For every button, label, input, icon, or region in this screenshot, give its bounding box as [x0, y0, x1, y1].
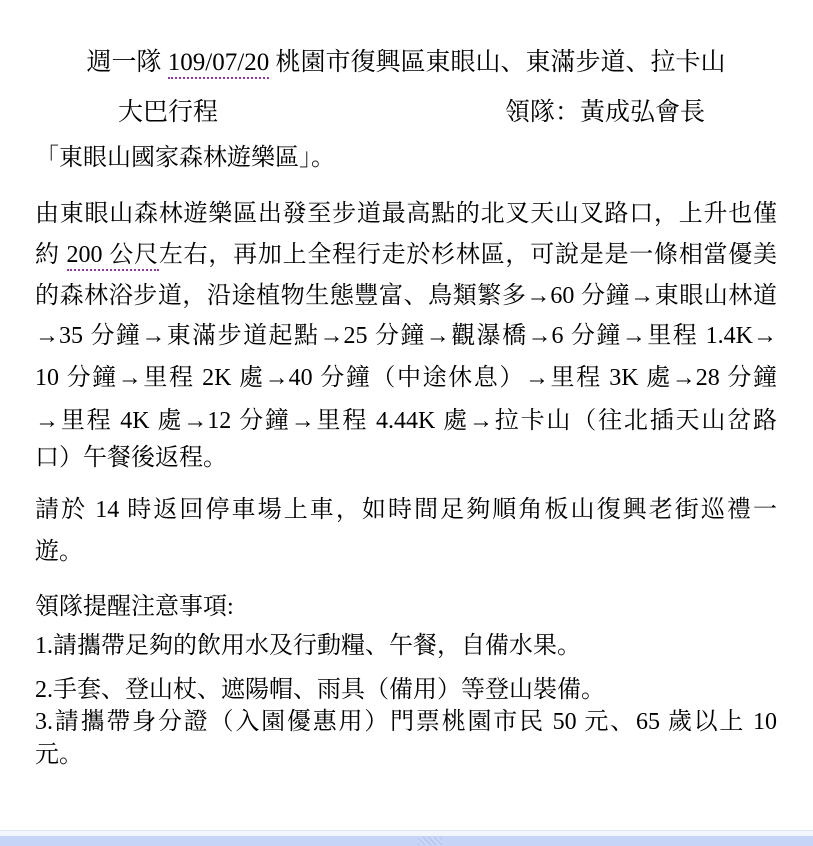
route-line-3: 的森林浴步道，沿途植物生態豐富、鳥類繁多→60 分鐘→東眼山林道 [35, 281, 777, 311]
park-name-line: 「東眼山國家森林遊樂區」。 [35, 143, 777, 173]
subtitle-row: 大巴行程 領隊：黃成弘會長 [35, 92, 777, 128]
note-item-1: 1.請攜帶足夠的飲用水及行動糧、午餐，自備水果。 [35, 631, 777, 661]
document-title: 週一隊 109/07/20 桃園市復興區東眼山、東滿步道、拉卡山 [35, 42, 777, 78]
route-line-2: 約 200 公尺左右，再加上全程行走於杉林區，可說是是一條相當優美 [35, 240, 777, 270]
document-page: { "doc": { "title": { "pre": "週一隊 ", "da… [0, 0, 813, 846]
return-line-2: 遊。 [35, 537, 777, 567]
note-item-3-line-2: 元。 [35, 740, 777, 770]
route-line-4: →35 分鐘→東滿步道起點→25 分鐘→觀瀑橋→6 分鐘→里程 1.4K→ [35, 321, 777, 351]
horizontal-scrollbar[interactable] [0, 836, 813, 846]
route-distance-spellcheck: 200 公尺 [67, 242, 159, 271]
title-date-spellcheck: 109/07/20 [168, 49, 269, 79]
leader-label: 領隊：黃成弘會長 [505, 92, 705, 128]
title-text-post: 桃園市復興區東眼山、東滿步道、拉卡山 [269, 49, 725, 76]
reminder-heading: 領隊提醒注意事項: [35, 592, 777, 622]
trip-type-label: 大巴行程 [118, 92, 218, 128]
route-line-7: 口）午餐後返程。 [35, 443, 777, 473]
route-line-1: 由東眼山森林遊樂區出發至步道最高點的北叉天山叉路口，上升也僅 [35, 199, 777, 229]
route-line-2-pre: 約 [35, 242, 67, 268]
note-item-2: 2.手套、登山杖、遮陽帽、雨具（備用）等登山裝備。 [35, 675, 777, 705]
title-text-pre: 週一隊 [87, 49, 168, 76]
scrollbar-grip[interactable] [418, 837, 442, 845]
return-line-1: 請於 14 時返回停車場上車，如時間足夠順角板山復興老街巡禮一 [35, 495, 777, 525]
note-item-3-line-1: 3.請攜帶身分證（入園優惠用）門票桃園市民 50 元、65 歲以上 10 [35, 707, 777, 737]
route-line-2-post: 左右，再加上全程行走於杉林區，可說是是一條相當優美 [159, 242, 777, 268]
route-line-5: 10 分鐘→里程 2K 處→40 分鐘（中途休息）→里程 3K 處→28 分鐘 [35, 363, 777, 393]
route-line-6: →里程 4K 處→12 分鐘→里程 4.44K 處→拉卡山（往北插天山岔路 [35, 406, 777, 436]
